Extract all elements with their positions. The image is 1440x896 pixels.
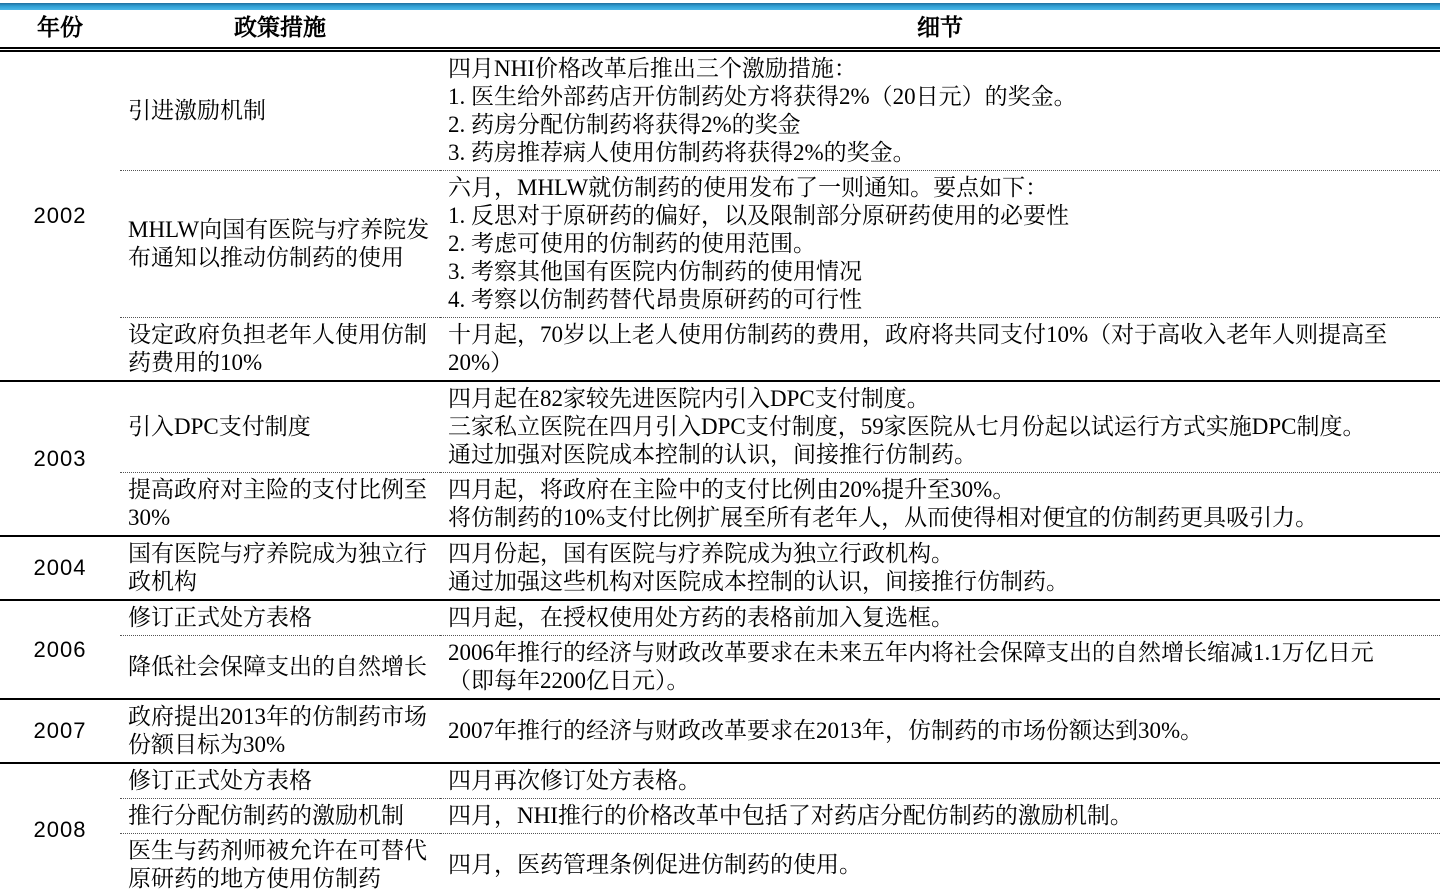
- policy-cell: 提高政府对主险的支付比例至30%: [120, 473, 440, 537]
- policy-cell: 降低社会保障支出的自然增长: [120, 636, 440, 700]
- year-cell: 2003: [0, 381, 120, 536]
- policy-cell: 国有医院与疗养院成为独立行政机构: [120, 536, 440, 600]
- detail-line: 2. 考虑可使用的仿制药的使用范围。: [448, 230, 1398, 258]
- detail-line: 四月再次修订处方表格。: [448, 767, 1398, 795]
- policy-cell: 修订正式处方表格: [120, 600, 440, 636]
- table-header: 年份 政策措施 细节: [0, 10, 1440, 50]
- detail-line: 2. 药房分配仿制药将获得2%的奖金: [448, 111, 1398, 139]
- detail-line: 六月，MHLW就仿制药的使用发布了一则通知。要点如下：: [448, 174, 1398, 202]
- detail-line: 四月，医药管理条例促进仿制药的使用。: [448, 851, 1398, 879]
- detail-cell: 四月起，将政府在主险中的支付比例由20%提升至30%。将仿制药的10%支付比例扩…: [440, 473, 1440, 537]
- detail-line: 四月NHI价格改革后推出三个激励措施：: [448, 55, 1398, 83]
- detail-cell: 四月，医药管理条例促进仿制药的使用。: [440, 834, 1440, 896]
- detail-line: 通过加强这些机构对医院成本控制的认识，间接推行仿制药。: [448, 568, 1398, 596]
- table-row: 2008修订正式处方表格四月再次修订处方表格。: [0, 763, 1440, 799]
- detail-line: 3. 药房推荐病人使用仿制药将获得2%的奖金。: [448, 139, 1398, 167]
- table-row: 2002引进激励机制四月NHI价格改革后推出三个激励措施：1. 医生给外部药店开…: [0, 50, 1440, 171]
- detail-cell: 四月再次修订处方表格。: [440, 763, 1440, 799]
- detail-cell: 2007年推行的经济与财政改革要求在2013年，仿制药的市场份额达到30%。: [440, 699, 1440, 763]
- policy-cell: 政府提出2013年的仿制药市场份额目标为30%: [120, 699, 440, 763]
- detail-cell: 十月起，70岁以上老人使用仿制药的费用，政府将共同支付10%（对于高收入老年人则…: [440, 318, 1440, 382]
- detail-line: 4. 考察以仿制药替代昂贵原研药的可行性: [448, 286, 1398, 314]
- policy-cell: MHLW向国有医院与疗养院发布通知以推动仿制药的使用: [120, 171, 440, 318]
- detail-line: 三家私立医院在四月引入DPC支付制度，59家医院从七月份起以试运行方式实施DPC…: [448, 413, 1398, 441]
- policy-table: 年份 政策措施 细节 2002引进激励机制四月NHI价格改革后推出三个激励措施：…: [0, 10, 1440, 896]
- table-row: 提高政府对主险的支付比例至30%四月起，将政府在主险中的支付比例由20%提升至3…: [0, 473, 1440, 537]
- detail-cell: 六月，MHLW就仿制药的使用发布了一则通知。要点如下：1. 反思对于原研药的偏好…: [440, 171, 1440, 318]
- detail-cell: 四月起，在授权使用处方药的表格前加入复选框。: [440, 600, 1440, 636]
- table-row: 设定政府负担老年人使用仿制药费用的10%十月起，70岁以上老人使用仿制药的费用，…: [0, 318, 1440, 382]
- table-row: 医生与药剂师被允许在可替代原研药的地方使用仿制药四月，医药管理条例促进仿制药的使…: [0, 834, 1440, 896]
- year-cell: 2004: [0, 536, 120, 600]
- table-row: 降低社会保障支出的自然增长2006年推行的经济与财政改革要求在未来五年内将社会保…: [0, 636, 1440, 700]
- detail-line: 四月起在82家较先进医院内引入DPC支付制度。: [448, 385, 1398, 413]
- table-row: 2004国有医院与疗养院成为独立行政机构四月份起，国有医院与疗养院成为独立行政机…: [0, 536, 1440, 600]
- column-header-year: 年份: [0, 10, 120, 50]
- detail-line: 通过加强对医院成本控制的认识，间接推行仿制药。: [448, 441, 1398, 469]
- detail-line: 3. 考察其他国有医院内仿制药的使用情况: [448, 258, 1398, 286]
- detail-cell: 四月NHI价格改革后推出三个激励措施：1. 医生给外部药店开仿制药处方将获得2%…: [440, 50, 1440, 171]
- detail-line: 2007年推行的经济与财政改革要求在2013年，仿制药的市场份额达到30%。: [448, 717, 1398, 745]
- year-cell: 2008: [0, 763, 120, 896]
- column-header-policy: 政策措施: [120, 10, 440, 50]
- policy-cell: 推行分配仿制药的激励机制: [120, 799, 440, 834]
- header-row: 年份 政策措施 细节: [0, 10, 1440, 50]
- top-accent-bar: [0, 3, 1440, 10]
- table-body: 2002引进激励机制四月NHI价格改革后推出三个激励措施：1. 医生给外部药店开…: [0, 50, 1440, 896]
- policy-timeline-page: 年份 政策措施 细节 2002引进激励机制四月NHI价格改革后推出三个激励措施：…: [0, 3, 1440, 896]
- detail-cell: 四月起在82家较先进医院内引入DPC支付制度。三家私立医院在四月引入DPC支付制…: [440, 381, 1440, 473]
- policy-cell: 引入DPC支付制度: [120, 381, 440, 473]
- table-row: 2003引入DPC支付制度四月起在82家较先进医院内引入DPC支付制度。三家私立…: [0, 381, 1440, 473]
- year-cell: 2002: [0, 50, 120, 382]
- detail-line: 将仿制药的10%支付比例扩展至所有老年人，从而使得相对便宜的仿制药更具吸引力。: [448, 504, 1398, 532]
- detail-line: 四月起，在授权使用处方药的表格前加入复选框。: [448, 604, 1398, 632]
- detail-line: 1. 医生给外部药店开仿制药处方将获得2%（20日元）的奖金。: [448, 83, 1398, 111]
- column-header-detail: 细节: [440, 10, 1440, 50]
- detail-cell: 四月，NHI推行的价格改革中包括了对药店分配仿制药的激励机制。: [440, 799, 1440, 834]
- detail-line: 1. 反思对于原研药的偏好，以及限制部分原研药使用的必要性: [448, 202, 1398, 230]
- policy-cell: 修订正式处方表格: [120, 763, 440, 799]
- detail-line: 2006年推行的经济与财政改革要求在未来五年内将社会保障支出的自然增长缩减1.1…: [448, 639, 1398, 695]
- table-row: MHLW向国有医院与疗养院发布通知以推动仿制药的使用六月，MHLW就仿制药的使用…: [0, 171, 1440, 318]
- table-row: 推行分配仿制药的激励机制四月，NHI推行的价格改革中包括了对药店分配仿制药的激励…: [0, 799, 1440, 834]
- detail-cell: 2006年推行的经济与财政改革要求在未来五年内将社会保障支出的自然增长缩减1.1…: [440, 636, 1440, 700]
- detail-line: 四月，NHI推行的价格改革中包括了对药店分配仿制药的激励机制。: [448, 802, 1398, 830]
- table-row: 2007政府提出2013年的仿制药市场份额目标为30%2007年推行的经济与财政…: [0, 699, 1440, 763]
- year-cell: 2006: [0, 600, 120, 699]
- policy-cell: 引进激励机制: [120, 50, 440, 171]
- policy-cell: 医生与药剂师被允许在可替代原研药的地方使用仿制药: [120, 834, 440, 896]
- detail-line: 十月起，70岁以上老人使用仿制药的费用，政府将共同支付10%（对于高收入老年人则…: [448, 321, 1398, 377]
- detail-line: 四月份起，国有医院与疗养院成为独立行政机构。: [448, 540, 1398, 568]
- detail-cell: 四月份起，国有医院与疗养院成为独立行政机构。通过加强这些机构对医院成本控制的认识…: [440, 536, 1440, 600]
- policy-cell: 设定政府负担老年人使用仿制药费用的10%: [120, 318, 440, 382]
- year-cell: 2007: [0, 699, 120, 763]
- table-row: 2006修订正式处方表格四月起，在授权使用处方药的表格前加入复选框。: [0, 600, 1440, 636]
- detail-line: 四月起，将政府在主险中的支付比例由20%提升至30%。: [448, 476, 1398, 504]
